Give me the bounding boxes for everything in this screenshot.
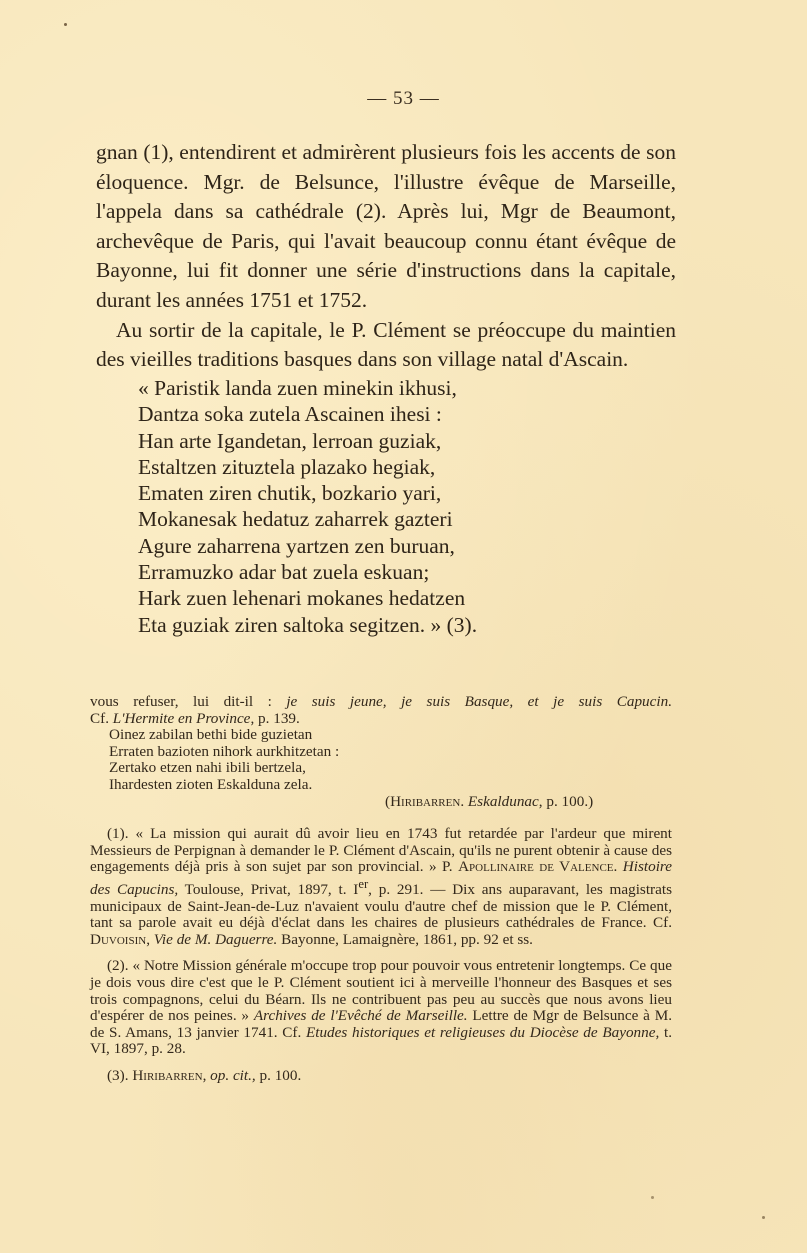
text: Cf. xyxy=(90,710,113,727)
paper-speck xyxy=(651,1196,654,1199)
paragraph-2: Au sortir de la capitale, le P. Clément … xyxy=(96,316,676,375)
footnote-marker: (1). xyxy=(107,825,129,842)
verse-line: Oinez zabilan bethi bide guzietan xyxy=(109,727,672,744)
page-number: — 53 — xyxy=(0,88,807,110)
footnote-3: (3). Hiribarren, op. cit., p. 100. xyxy=(90,1068,672,1085)
poem-line: Mokanesak hedatuz zaharrek gazteri xyxy=(138,506,477,532)
author-name: Hiribarren xyxy=(132,1067,202,1084)
main-text: gnan (1), entendirent et admirèrent plus… xyxy=(96,138,676,375)
author-name: Duvoisin xyxy=(90,931,146,948)
poem-line: Dantza soka zutela Ascainen ihesi : xyxy=(138,401,477,427)
poem-line: Estaltzen zituztela plazako hegiak, xyxy=(138,454,477,480)
text: . xyxy=(614,858,623,875)
footnote-marker: (3). xyxy=(107,1067,129,1084)
text: p. 100. xyxy=(256,1067,302,1084)
text: . xyxy=(460,793,468,810)
book-title: Etudes historiques et religieuses du Dio… xyxy=(306,1024,659,1041)
verse-line: Zertako etzen nahi ibili bertzela, xyxy=(109,760,672,777)
footnote-continuation-line-1: vous refuser, lui dit-il : je suis jeune… xyxy=(90,694,672,711)
poem-line: Eta guziak ziren saltoka segitzen. » (3)… xyxy=(138,612,477,638)
book-title: Vie de M. Daguerre. xyxy=(154,931,278,948)
book-page: — 53 — gnan (1), entendirent et admirère… xyxy=(0,0,807,1253)
poem-line: Agure zaharrena yartzen zen buruan, xyxy=(138,533,477,559)
text: Bayonne, Lamaignère, 1861, pp. 92 et ss. xyxy=(277,931,533,948)
paper-speck xyxy=(762,1216,765,1219)
poem-line: Han arte Igandetan, lerroan guziak, xyxy=(138,428,477,454)
text: , p. 100.) xyxy=(539,793,593,810)
author-name: Hiribarren xyxy=(390,793,460,810)
footnote-1: (1). « La mission qui aurait dû avoir li… xyxy=(90,826,672,948)
archive-source: Archives de l'Evêché de Marseille. xyxy=(254,1007,468,1024)
text: , xyxy=(146,931,154,948)
poem-line: Ematen ziren chutik, bozkario yari, xyxy=(138,480,477,506)
superscript: er xyxy=(358,877,368,891)
text: Toulouse, Privat, 1897, t. I xyxy=(178,881,358,898)
verse-line: Ihardesten zioten Eskalduna zela. xyxy=(109,777,672,794)
footnotes: vous refuser, lui dit-il : je suis jeune… xyxy=(90,694,672,1085)
paper-speck xyxy=(64,23,67,26)
poem-line: Hark zuen lehenari mokanes hedatzen xyxy=(138,585,477,611)
italic-quote: je suis jeune, je suis Basque, et je sui… xyxy=(286,693,672,710)
basque-poem: « Paristik landa zuen minekin ikhusi, Da… xyxy=(138,375,477,638)
footnote-verse: Oinez zabilan bethi bide guzietan Errate… xyxy=(90,727,672,793)
book-title: L'Hermite en Province xyxy=(113,710,251,727)
footnote-2: (2). « Notre Mission générale m'occupe t… xyxy=(90,958,672,1058)
author-name: Apollinaire de Valence xyxy=(458,858,613,875)
italic-abbrev: op. cit., xyxy=(210,1067,256,1084)
verse-line: Erraten bazioten nihork aurkhitzetan : xyxy=(109,744,672,761)
poem-line: Erramuzko adar bat zuela eskuan; xyxy=(138,559,477,585)
text: , p. 139. xyxy=(250,710,299,727)
paragraph-1: gnan (1), entendirent et admirèrent plus… xyxy=(96,138,676,316)
book-title: Eskaldunac xyxy=(468,793,539,810)
text: vous refuser, lui dit-il : xyxy=(90,693,286,710)
poem-line: « Paristik landa zuen minekin ikhusi, xyxy=(138,375,477,401)
verse-attribution: (Hiribarren. Eskaldunac, p. 100.) xyxy=(90,794,672,811)
footnote-continuation-line-2: Cf. L'Hermite en Province, p. 139. xyxy=(90,711,672,728)
footnote-marker: (2). xyxy=(107,957,129,974)
